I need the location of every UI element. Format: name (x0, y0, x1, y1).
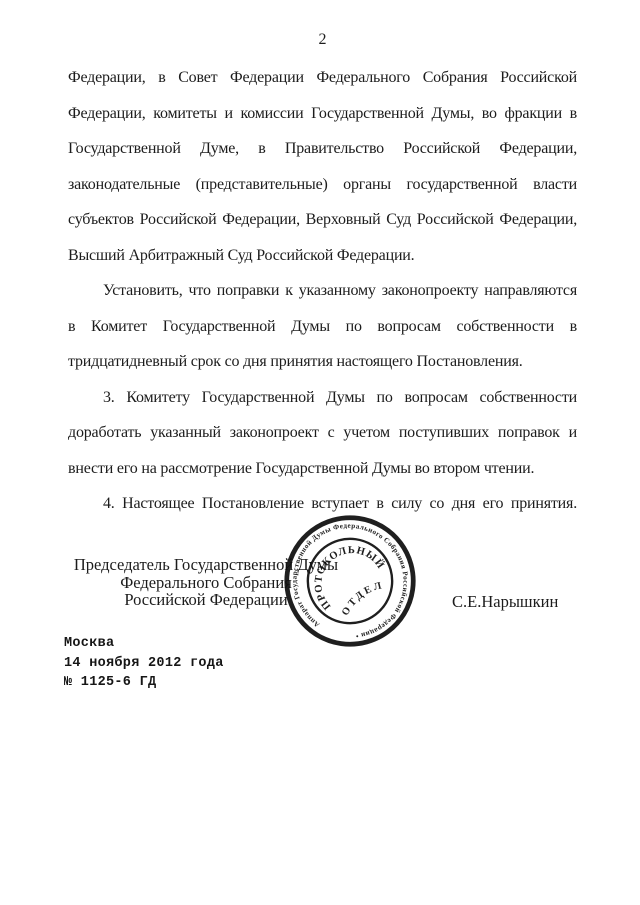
body-line: в Комитет Государственной Думы по вопрос… (68, 309, 577, 345)
document-page: 2 Федерации, в Совет Федерации Федеральн… (0, 0, 640, 905)
stamp-center-text-line2: ОТДЕЛ (336, 575, 389, 620)
stamp-ring-text: Аппарат Государственной Думы Федеральног… (282, 513, 418, 649)
body-line: Федерации, комитеты и комиссии Государст… (68, 96, 577, 132)
body-line: Федерации, в Совет Федерации Федеральног… (68, 60, 577, 96)
page-number: 2 (68, 31, 577, 49)
svg-text:ОТДЕЛ: ОТДЕЛ (336, 575, 389, 620)
document-body: Федерации, в Совет Федерации Федеральног… (68, 60, 577, 522)
svg-text:Аппарат Государственной Думы Ф: Аппарат Государственной Думы Федеральног… (282, 513, 418, 649)
body-line: Высший Арбитражный Суд Российской Федера… (68, 238, 577, 274)
body-line: законодательные (представительные) орган… (68, 167, 577, 203)
stamp-outer-ring (282, 513, 418, 649)
body-line: Установить, что поправки к указанному за… (68, 273, 577, 309)
body-line: доработать указанный законопроект с учет… (68, 415, 577, 451)
protocol-department-stamp-icon: Аппарат Государственной Думы Федеральног… (282, 513, 418, 649)
body-line: субъектов Российской Федерации, Верховны… (68, 202, 577, 238)
document-number: № 1125-6 ГД (64, 673, 224, 693)
issuance-city: Москва (64, 634, 224, 654)
body-line: Государственной Думе, в Правительство Ро… (68, 131, 577, 167)
issuance-block: Москва 14 ноября 2012 года № 1125-6 ГД (64, 634, 224, 693)
body-line: тридцатидневный срок со дня принятия нас… (68, 344, 577, 380)
body-line: внести его на рассмотрение Государственн… (68, 451, 577, 487)
issuance-date: 14 ноября 2012 года (64, 654, 224, 674)
signatory-name: С.Е.Нарышкин (452, 592, 558, 612)
body-line: 3. Комитету Государственной Думы по вопр… (68, 380, 577, 416)
